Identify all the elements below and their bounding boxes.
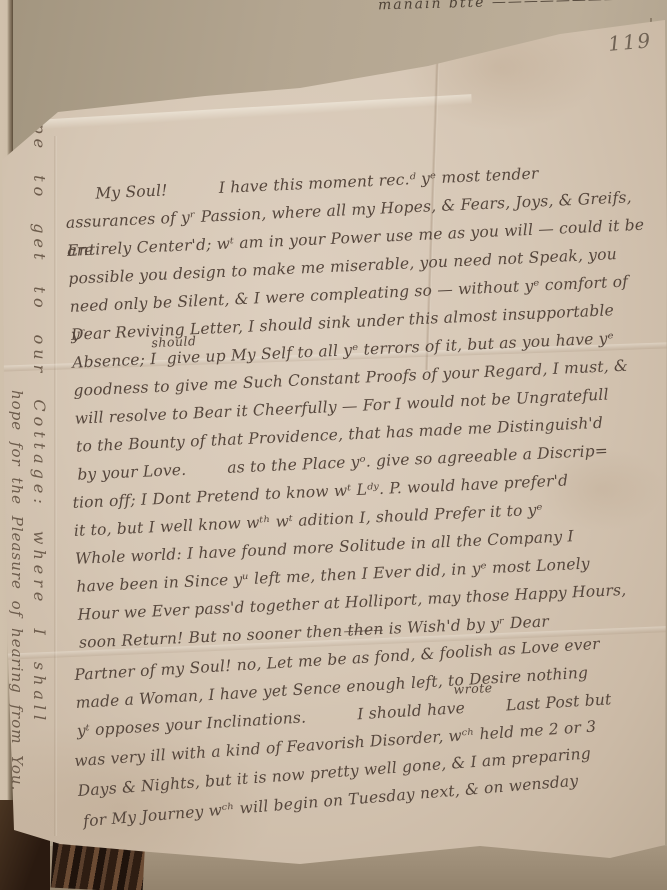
letter-sheet: 119 I hope to get to our Cottage: where … xyxy=(2,16,667,876)
fold-crease xyxy=(2,94,472,132)
inserted-word: should xyxy=(151,327,197,357)
letter-body: My Soul! I have this moment rec.ᵈ yᵉ mos… xyxy=(64,155,667,825)
inserted-word: wrote xyxy=(453,674,493,704)
margin-note: I hope to get to our Cottage: where I sh… xyxy=(6,60,50,890)
top-edge-writing-fragment: manain btte ————————— xyxy=(378,0,636,13)
fold-crease xyxy=(54,136,57,836)
manuscript-photo: manain btte ————————— ½ 119 I hope to ge… xyxy=(0,0,667,890)
margin-note-line: I hope to get to our Cottage: where I sh… xyxy=(28,60,50,890)
page-number: 119 xyxy=(607,28,653,56)
